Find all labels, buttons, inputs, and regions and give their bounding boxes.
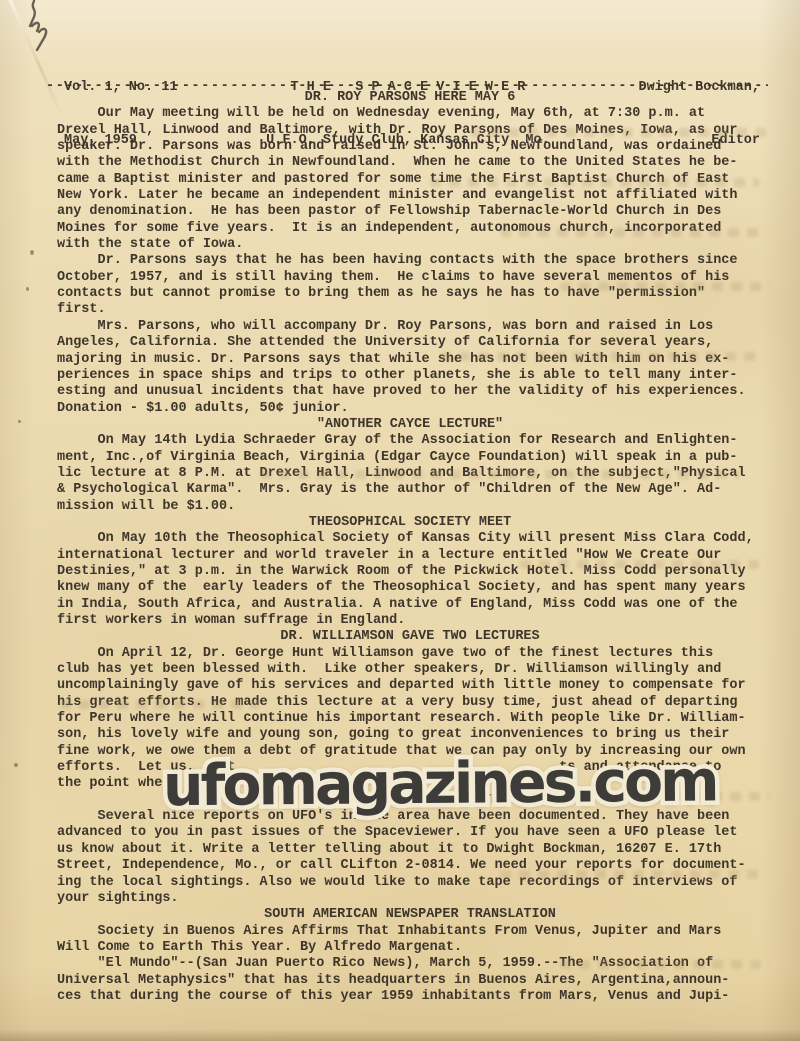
- paragraph: Mrs. Parsons, who will accompany Dr. Roy…: [57, 319, 763, 417]
- section-heading: DR. WILLIAMSON GAVE TWO LECTURES: [57, 629, 763, 645]
- ink-speck: [26, 287, 29, 291]
- ink-speck: [30, 250, 34, 255]
- watermark-text: ufomagazines.com: [163, 748, 717, 819]
- paragraph: Society in Buenos Aires Affirms That Inh…: [57, 924, 763, 957]
- section-heading: THEOSOPHICAL SOCIETY MEET: [57, 515, 763, 531]
- article-section: DR. ROY PARSONS HERE MAY 6 Our May meeti…: [57, 90, 763, 417]
- section-heading: SOUTH AMERICAN NEWSPAPER TRANSLATION: [57, 907, 763, 923]
- paragraph: Dr. Parsons says that he has been having…: [57, 253, 763, 318]
- paragraph: On May 14th Lydia Schraeder Gray of the …: [57, 433, 763, 515]
- article-section: SOUTH AMERICAN NEWSPAPER TRANSLATION Soc…: [57, 907, 763, 1005]
- section-paragraphs: Several nice reports on UFO's in the are…: [57, 809, 763, 907]
- section-paragraphs: Our May meeting will be held on Wednesda…: [57, 106, 763, 417]
- paragraph: Our May meeting will be held on Wednesda…: [57, 106, 763, 253]
- section-heading: "ANOTHER CAYCE LECTURE": [57, 417, 763, 433]
- watermark: ufomagazines.com ufomagazines.com: [163, 749, 684, 824]
- paragraph: "El Mundo"--(San Juan Puerto Rico News),…: [57, 956, 763, 1005]
- section-paragraphs: Society in Buenos Aires Affirms That Inh…: [57, 924, 763, 1006]
- article-section: THEOSOPHICAL SOCIETY MEET On May 10th th…: [57, 515, 763, 629]
- paragraph: Several nice reports on UFO's in the are…: [57, 809, 763, 907]
- paragraph: On May 10th the Theosophical Society of …: [57, 531, 763, 629]
- section-heading: DR. ROY PARSONS HERE MAY 6: [57, 90, 763, 106]
- article-section: "ANOTHER CAYCE LECTURE" On May 14th Lydi…: [57, 417, 763, 515]
- ink-speck: [18, 420, 21, 423]
- section-paragraphs: On May 10th the Theosophical Society of …: [57, 531, 763, 629]
- document-body: DR. ROY PARSONS HERE MAY 6 Our May meeti…: [57, 90, 763, 1005]
- newsletter-page: Vol. 1, No. 11 May, 1959 T H E S P A C E…: [0, 0, 800, 1041]
- section-paragraphs: On May 14th Lydia Schraeder Gray of the …: [57, 433, 763, 515]
- ink-speck: [14, 763, 18, 767]
- pen-scribble-mark: [8, 0, 68, 72]
